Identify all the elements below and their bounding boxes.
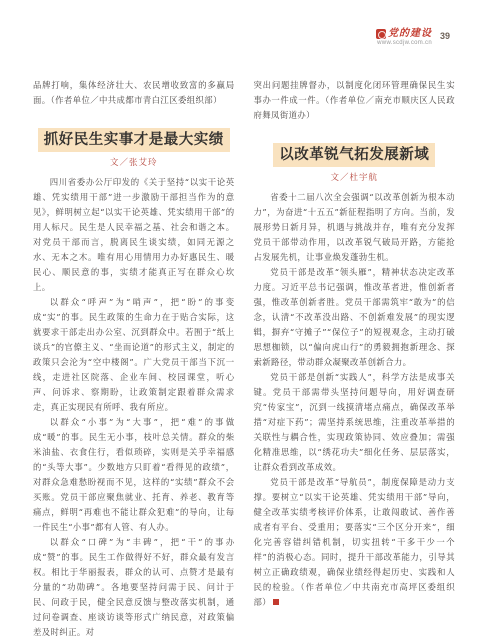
left-paragraph: 四川省委办公厅印发的《关于坚持“以实干论英雄、凭实绩用干部”进一步激励干部担当作… — [33, 175, 235, 295]
magazine-logo: 党的建设 www.scdjw.com.cn — [376, 28, 432, 47]
left-paragraph: 以群众“口碑”为“丰碑”，把“干”的事办成“赞”的事。民生工作做得好不好，群众最… — [33, 535, 235, 640]
magazine-website: www.scdjw.com.cn — [376, 39, 432, 47]
right-continuation-text: 突出问题挂牌督办，以制度化闭环管理确保民生实事办一件成一件。（作者单位／南充市顺… — [254, 78, 456, 123]
right-article-author: 文／杜宇航 — [254, 171, 456, 183]
left-continuation-text: 品牌打响，集体经济壮大、农民增收致富的多赢局面。（作者单位／中共成都市青白江区委… — [33, 78, 235, 108]
left-article-header: 抓好民生实事才是最大实绩 文／张艾玲 — [33, 128, 235, 168]
right-paragraph: 党员干部是创新“实践人”，科学方法是成事关键。党员干部需带头坚持问题导向，用好调… — [254, 370, 456, 475]
right-paragraph: 省委十二届八次全会强调“以改革创新为根本动力”，为奋进“十五五”新征程指明了方向… — [254, 190, 456, 265]
left-article-title-highlight: 抓好民生实事才是最大实绩 — [38, 128, 230, 152]
page-number: 39 — [440, 31, 450, 41]
right-article-title: 以改革锐气拓发展新域 — [279, 147, 429, 163]
right-article-title-highlight: 以改革锐气拓发展新域 — [273, 143, 435, 167]
magazine-seal-icon — [376, 29, 386, 39]
left-column: 品牌打响，集体经济壮大、农民增收致富的多赢局面。（作者单位／中共成都市青白江区委… — [33, 78, 235, 640]
magazine-page: 党的建设 www.scdjw.com.cn 39 品牌打响，集体经济壮大、农民增… — [0, 0, 484, 640]
right-paragraph-text: 党员干部是改革“导航员”，制度保障是动力支撑。要树立“以实干论英雄、凭实绩用干部… — [254, 477, 456, 607]
right-article-header: 以改革锐气拓发展新域 文／杜宇航 — [254, 143, 456, 183]
right-paragraph: 党员干部是改革“导航员”，制度保障是动力支撑。要树立“以实干论英雄、凭实绩用干部… — [254, 475, 456, 610]
magazine-name: 党的建设 — [388, 28, 432, 39]
right-paragraph: 党员干部是改革“领头雁”，精神状态决定改革力度。习近平总书记强调，惟改革者进，惟… — [254, 265, 456, 370]
masthead: 党的建设 www.scdjw.com.cn 39 — [376, 28, 450, 47]
right-column: 突出问题挂牌督办，以制度化闭环管理确保民生实事办一件成一件。（作者单位／南充市顺… — [254, 78, 456, 640]
article-end-mark-icon — [273, 599, 279, 605]
left-article-title: 抓好民生实事才是最大实绩 — [44, 132, 224, 148]
article-columns: 品牌打响，集体经济壮大、农民增收致富的多赢局面。（作者单位／中共成都市青白江区委… — [33, 78, 455, 640]
left-article-author: 文／张艾玲 — [33, 156, 235, 168]
left-paragraph: 以群众“呼声”为“哨声”，把“盼”的事变成“实”的事。民生政策的生命力在于贴合实… — [33, 295, 235, 415]
left-paragraph: 以群众“小事”为“大事”，把“难”的事做成“暖”的事。民生无小事，枝叶总关情。群… — [33, 415, 235, 535]
